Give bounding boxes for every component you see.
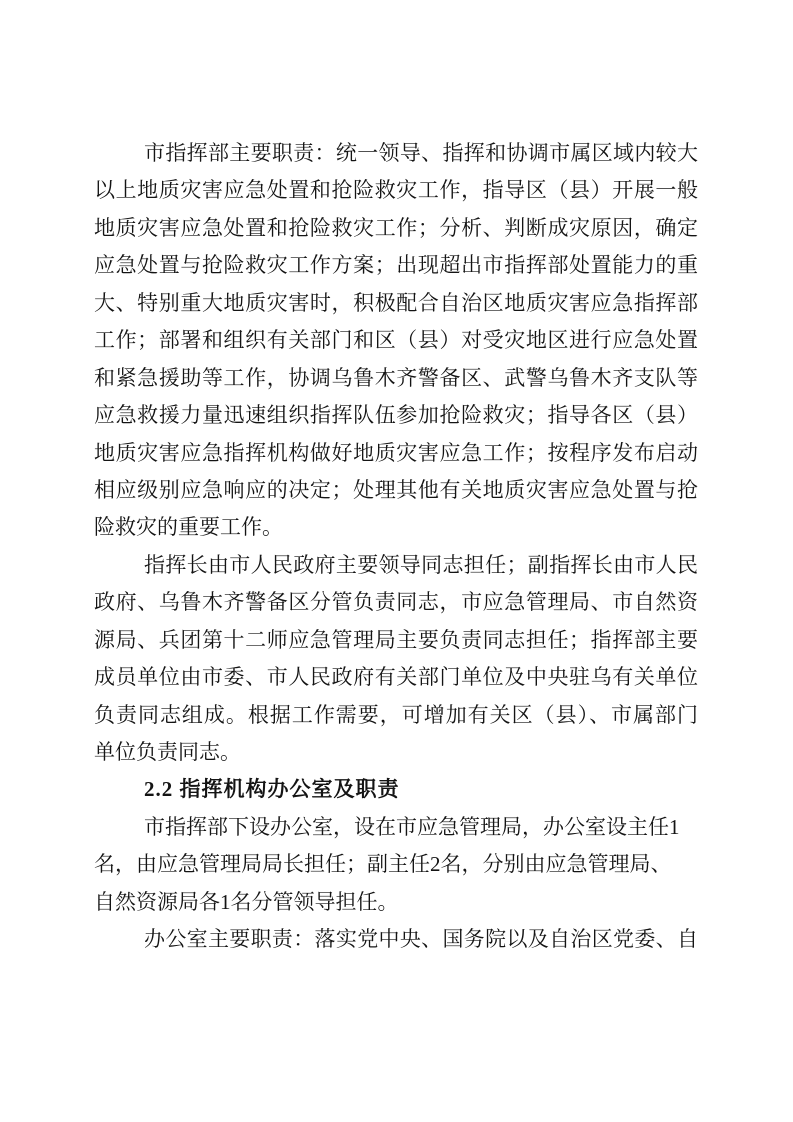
para1-line-4: 应急处置与抢险救灾工作方案；出现超出市指挥部处置能力的重 <box>94 247 698 284</box>
para1-line-5: 大、特别重大地质灾害时，积极配合自治区地质灾害应急指挥部 <box>94 285 698 322</box>
section-heading-2-2: 2.2 指挥机构办公室及职责 <box>94 771 698 808</box>
para4-line-1: 办公室主要职责：落实党中央、国务院以及自治区党委、自 <box>94 921 698 958</box>
para1-line-9: 地质灾害应急指挥机构做好地质灾害应急工作；按程序发布启动 <box>94 435 698 472</box>
para1-line-11: 险救灾的重要工作。 <box>94 509 698 546</box>
para2-line-5: 负责同志组成。根据工作需要，可增加有关区（县）、市属部门 <box>94 697 698 734</box>
para2-line-6: 单位负责同志。 <box>94 734 698 771</box>
para1-line-2: 以上地质灾害应急处置和抢险救灾工作，指导区（县）开展一般 <box>94 172 698 209</box>
document-page: 市指挥部主要职责：统一领导、指挥和协调市属区域内较大 以上地质灾害应急处置和抢险… <box>0 0 793 1122</box>
para2-line-3: 源局、兵团第十二师应急管理局主要负责同志担任；指挥部主要 <box>94 622 698 659</box>
para1-line-3: 地质灾害应急处置和抢险救灾工作；分析、判断成灾原因，确定 <box>94 210 698 247</box>
document-body: 市指挥部主要职责：统一领导、指挥和协调市属区域内较大 以上地质灾害应急处置和抢险… <box>94 135 698 959</box>
para3-line-3: 自然资源局各1名分管领导担任。 <box>94 884 698 921</box>
para1-line-1: 市指挥部主要职责：统一领导、指挥和协调市属区域内较大 <box>94 135 698 172</box>
para3-line-1: 市指挥部下设办公室，设在市应急管理局，办公室设主任1 <box>94 809 698 846</box>
para2-line-1: 指挥长由市人民政府主要领导同志担任；副指挥长由市人民 <box>94 547 698 584</box>
para2-line-2: 政府、乌鲁木齐警备区分管负责同志，市应急管理局、市自然资 <box>94 584 698 621</box>
para1-line-10: 相应级别应急响应的决定；处理其他有关地质灾害应急处置与抢 <box>94 472 698 509</box>
para1-line-7: 和紧急援助等工作，协调乌鲁木齐警备区、武警乌鲁木齐支队等 <box>94 360 698 397</box>
para2-line-4: 成员单位由市委、市人民政府有关部门单位及中央驻乌有关单位 <box>94 659 698 696</box>
para1-line-6: 工作；部署和组织有关部门和区（县）对受灾地区进行应急处置 <box>94 322 698 359</box>
para1-line-8: 应急救援力量迅速组织指挥队伍参加抢险救灾；指导各区（县） <box>94 397 698 434</box>
para3-line-2: 名，由应急管理局局长担任；副主任2名，分别由应急管理局、 <box>94 846 698 883</box>
